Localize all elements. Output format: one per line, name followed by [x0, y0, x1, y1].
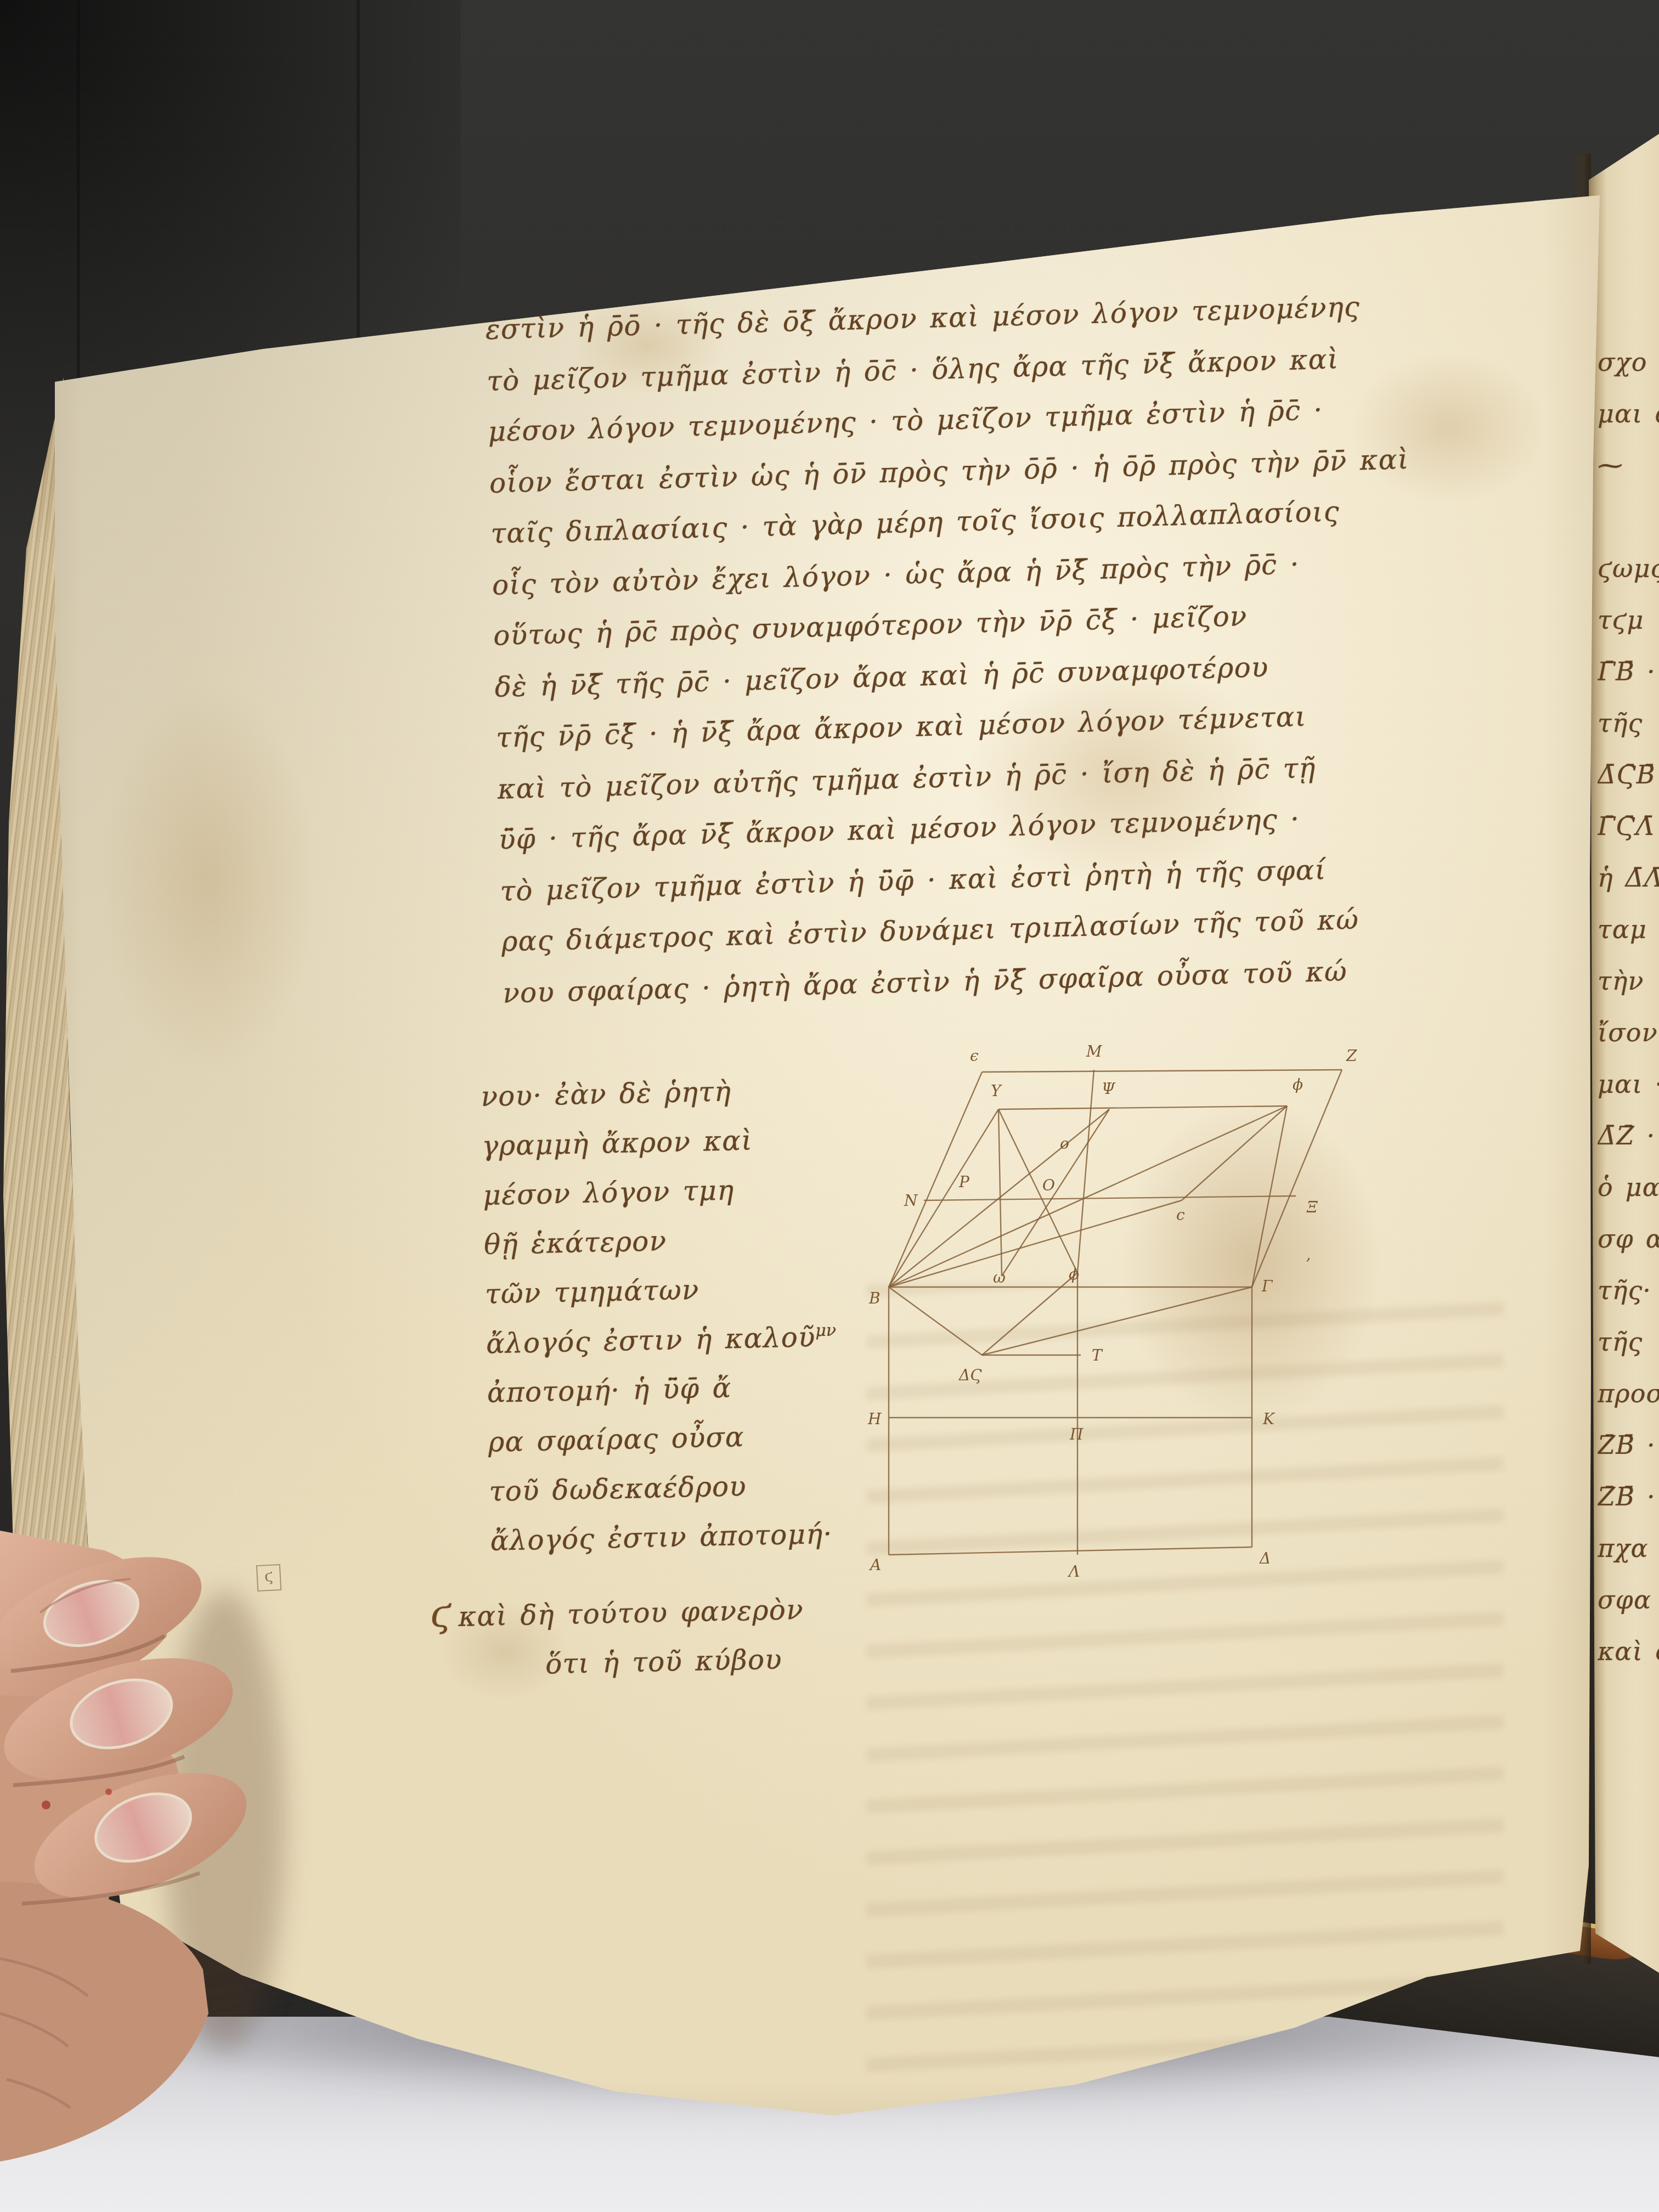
diagram-point-label: Υ — [991, 1082, 1002, 1100]
euclid-diagram: ϵΜΖΥΨϕΝΡοΟϲΞΒΓωϕΔϚΤΗΚΠΑΛΔ’ — [845, 1037, 1426, 1761]
diagram-point-label: ϕ — [1293, 1075, 1303, 1093]
manuscript-line-fragment: ἴσον — [1598, 1019, 1659, 1071]
manuscript-line: ἀποτομή· ἡ ϋ̄φ̄ ἄ — [487, 1368, 894, 1426]
manuscript-line-fragment: τϛμ — [1598, 607, 1659, 658]
diagram-point-label: Β — [868, 1289, 881, 1307]
diagram-point-label: Γ — [1261, 1277, 1273, 1295]
diagram-line — [1252, 1070, 1342, 1287]
diagram-point-label: Η — [867, 1410, 882, 1428]
diagram-line — [924, 1196, 1296, 1200]
diagram-line — [1002, 1109, 1109, 1276]
manuscript-line-fragment: ταμ — [1598, 916, 1659, 968]
manuscript-line-fragment: τῆς — [1598, 710, 1659, 761]
right-page: σχομαι ἀ⁓ϛωμϛτϛμΓ̄Β̄ ·τῆςΔ̄Ϛ̄Β̄ ·Γ̄Ϛ̄Λ̄ἡ… — [1589, 134, 1659, 1973]
diagram-line — [998, 1109, 1002, 1276]
diagram-line — [889, 1200, 1182, 1287]
manuscript-photo: σχομαι ἀ⁓ϛωμϛτϛμΓ̄Β̄ ·τῆςΔ̄Ϛ̄Β̄ ·Γ̄Ϛ̄Λ̄ἡ… — [0, 0, 1659, 2212]
diagram-point-label: Α — [868, 1556, 881, 1574]
manuscript-line-fragment: Δ̄Ϛ̄Β̄ · — [1598, 761, 1659, 813]
hand — [0, 1531, 296, 2167]
diagram-point-label: Ξ — [1306, 1198, 1318, 1216]
manuscript-line: νου· ἐὰν δὲ ῥητὴ — [481, 1073, 888, 1130]
abbreviation-mark: μν — [815, 1321, 836, 1341]
manuscript-line-fragment: προσ — [1598, 1380, 1659, 1432]
right-page-text: σχομαι ἀ⁓ϛωμϛτϛμΓ̄Β̄ ·τῆςΔ̄Ϛ̄Β̄ ·Γ̄Ϛ̄Λ̄ἡ… — [1598, 349, 1659, 1690]
manuscript-line-fragment: τῆς· — [1598, 1277, 1659, 1329]
diagram-point-label: ’ — [1306, 1255, 1311, 1273]
closing-line-text: καὶ δὴ τούτου φανερὸν — [458, 1594, 804, 1633]
freckle — [42, 1801, 50, 1809]
diagram-point-label: Κ — [1262, 1410, 1276, 1428]
manuscript-line-fragment: ⁓ — [1598, 452, 1659, 504]
closing-line: ὅτι ἡ τοῦ κύβου — [545, 1643, 782, 1680]
diagram-point-label: Π — [1069, 1425, 1084, 1443]
diagram-line — [998, 1106, 1287, 1109]
parchment-stain — [99, 680, 318, 1075]
diagram-point-label: ϵ — [970, 1047, 979, 1065]
manuscript-line: ρα σφαίρας οὖσα — [488, 1418, 895, 1475]
manuscript-line: ἄλογός ἐστιν ἀποτομή· — [490, 1516, 897, 1574]
diagram-line — [889, 1287, 982, 1355]
diagram-point-label: Ζ — [1346, 1047, 1357, 1065]
manuscript-line-fragment: Ζ̄Β̄ · — [1598, 1432, 1659, 1483]
diagram-point-label: Ο — [1042, 1176, 1055, 1194]
manuscript-line-fragment: ἡ Δ̄Λ̄ — [1598, 865, 1659, 916]
manuscript-line: γραμμὴ ἄκρον καὶ — [482, 1121, 889, 1179]
diagram-point-label: ϲ — [1176, 1206, 1185, 1224]
diagram-point-label: Ν — [904, 1192, 918, 1210]
diagram-point-label: Μ — [1086, 1042, 1103, 1060]
diagram-point-label: Τ — [1092, 1346, 1103, 1364]
manuscript-line: τοῦ δωδεκαέδρου — [489, 1467, 896, 1525]
diagram-line — [982, 1287, 1252, 1355]
diagram-line — [1077, 1070, 1094, 1273]
manuscript-line: μέσον λόγον τμη — [483, 1171, 890, 1228]
manuscript-line-fragment: σφα — [1598, 1587, 1659, 1638]
manuscript-line-fragment: τῆς — [1598, 1329, 1659, 1380]
column-text: νου· ἐὰν δὲ ῥητὴγραμμὴ ἄκρον καὶμέσον λό… — [481, 1073, 897, 1575]
manuscript-line-fragment: Δ̄Ζ̄ · — [1598, 1122, 1659, 1174]
diagram-point-label: ω — [993, 1268, 1006, 1286]
main-text: ἐστὶν ἡ ρ̄ο̄ · τῆς δὲ ο̄ξ̄ ἄκρον καὶ μέσ… — [485, 286, 1556, 1028]
manuscript-line-fragment: μαι · — [1598, 1071, 1659, 1122]
hand-base — [0, 1882, 208, 2162]
manuscript-line-fragment: ϛωμϛ — [1598, 555, 1659, 607]
manuscript-line-fragment: μαι ἀ — [1598, 400, 1659, 452]
diagram-point-label: Δ — [1259, 1549, 1271, 1567]
manuscript-line: ἄλογός ἐστιν ἡ καλοῦμν — [486, 1319, 893, 1376]
manuscript-line-fragment: τὴν — [1598, 968, 1659, 1019]
diagram-line — [889, 1547, 1252, 1555]
manuscript-line-fragment: ὁ μαι — [1598, 1174, 1659, 1226]
photo-viewport: σχομαι ἀ⁓ϛωμϛτϛμΓ̄Β̄ ·τῆςΔ̄Ϛ̄Β̄ ·Γ̄Ϛ̄Λ̄ἡ… — [0, 0, 1659, 2212]
manuscript-line: τῶν τμημάτων — [485, 1269, 892, 1327]
manuscript-line-fragment: πχα — [1598, 1535, 1659, 1587]
diagram-point-label: Ψ — [1102, 1080, 1116, 1098]
manuscript-line-fragment: σφ αι — [1598, 1226, 1659, 1277]
diagram-point-label: Ρ — [958, 1173, 970, 1191]
closing-line: ϛκαὶ δὴ τούτου φανερὸν — [430, 1585, 804, 1637]
diagram-point-label: ο — [1060, 1135, 1069, 1153]
manuscript-line-fragment: καὶ ϛω — [1598, 1638, 1659, 1690]
diagram-point-label: ϕ — [1069, 1265, 1079, 1283]
manuscript-line-fragment — [1598, 504, 1659, 555]
manuscript-line-fragment: Ζ̄Β̄ · — [1598, 1483, 1659, 1535]
manuscript-line-fragment: Γ̄Β̄ · — [1598, 658, 1659, 710]
diagram-point-label: Λ — [1067, 1562, 1080, 1581]
manuscript-line-fragment: Γ̄Ϛ̄Λ̄ — [1598, 813, 1659, 865]
freckle — [105, 1788, 112, 1795]
diagram-line — [982, 1070, 1342, 1072]
diagram-point-label: ΔϚ — [958, 1366, 982, 1384]
initial-letter: ϛ — [430, 1592, 452, 1637]
manuscript-line-fragment: σχο — [1598, 349, 1659, 400]
diagram-line — [998, 1109, 1077, 1273]
manuscript-line: θῇ ἑκάτερον — [484, 1220, 891, 1278]
